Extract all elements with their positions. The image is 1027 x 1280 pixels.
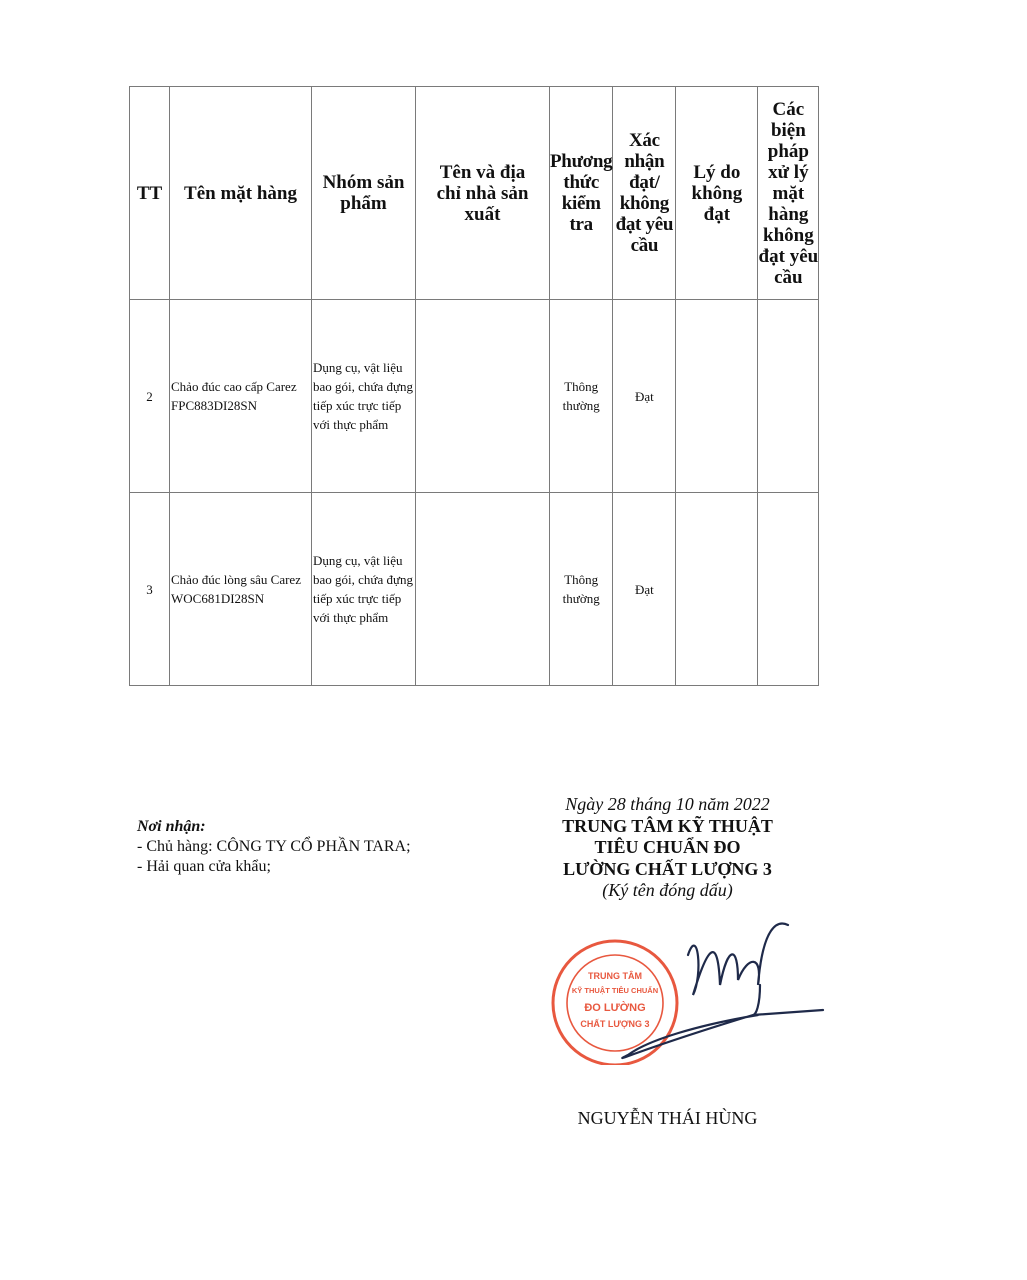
cell-result: Đạt xyxy=(613,493,676,686)
recipient-line: - Hải quan cửa khẩu; xyxy=(137,857,411,877)
inspection-results-table: TT Tên mặt hàng Nhóm sản phẩm Tên và địa… xyxy=(129,86,819,686)
cell-product-group: Dụng cụ, vật liệu bao gói, chứa đựng tiế… xyxy=(312,300,416,493)
cell-failure-reason xyxy=(676,300,758,493)
svg-text:KỸ THUẬT TIÊU CHUẨN: KỸ THUẬT TIÊU CHUẨN xyxy=(572,986,658,995)
header-item-name: Tên mặt hàng xyxy=(170,87,312,300)
header-tt: TT xyxy=(130,87,170,300)
org-name-line: LƯỜNG CHẤT LƯỢNG 3 xyxy=(520,859,815,881)
svg-text:CHẤT LƯỢNG 3: CHẤT LƯỢNG 3 xyxy=(580,1019,649,1029)
svg-text:ĐO LƯỜNG: ĐO LƯỜNG xyxy=(584,1001,645,1014)
org-name-line: TRUNG TÂM KỸ THUẬT xyxy=(520,816,815,838)
recipients-block: Nơi nhận: - Chủ hàng: CÔNG TY CỔ PHẦN TA… xyxy=(137,817,411,877)
cell-failure-reason xyxy=(676,493,758,686)
recipients-title: Nơi nhận: xyxy=(137,817,411,837)
cell-manufacturer xyxy=(416,300,550,493)
signature-date: Ngày 28 tháng 10 năm 2022 xyxy=(520,794,815,816)
cell-manufacturer xyxy=(416,493,550,686)
official-stamp-and-signature: TRUNG TÂM KỸ THUẬT TIÊU CHUẨN ĐO LƯỜNG C… xyxy=(548,915,828,1065)
header-measures: Các biện pháp xử lý mặt hàng không đạt y… xyxy=(758,87,819,300)
cell-measures xyxy=(758,493,819,686)
table-row: 2 Chảo đúc cao cấp Carez FPC883DI28SN Dụ… xyxy=(130,300,819,493)
cell-product-group: Dụng cụ, vật liệu bao gói, chứa đựng tiế… xyxy=(312,493,416,686)
header-inspection-method: Phương thức kiểm tra xyxy=(550,87,613,300)
cell-item-name: Chảo đúc cao cấp Carez FPC883DI28SN xyxy=(170,300,312,493)
cell-item-name: Chảo đúc lòng sâu Carez WOC681DI28SN xyxy=(170,493,312,686)
table-row: 3 Chảo đúc lòng sâu Carez WOC681DI28SN D… xyxy=(130,493,819,686)
signature-block: Ngày 28 tháng 10 năm 2022 TRUNG TÂM KỸ T… xyxy=(520,794,815,902)
signer-name: NGUYỄN THÁI HÙNG xyxy=(540,1108,795,1129)
cell-inspection-method: Thông thường xyxy=(550,300,613,493)
header-result: Xác nhận đạt/ không đạt yêu cầu xyxy=(613,87,676,300)
header-product-group: Nhóm sản phẩm xyxy=(312,87,416,300)
header-manufacturer: Tên và địa chỉ nhà sản xuất xyxy=(416,87,550,300)
header-failure-reason: Lý do không đạt xyxy=(676,87,758,300)
table-header-row: TT Tên mặt hàng Nhóm sản phẩm Tên và địa… xyxy=(130,87,819,300)
cell-measures xyxy=(758,300,819,493)
cell-tt: 3 xyxy=(130,493,170,686)
svg-text:TRUNG TÂM: TRUNG TÂM xyxy=(588,970,642,981)
recipient-line: - Chủ hàng: CÔNG TY CỔ PHẦN TARA; xyxy=(137,837,411,857)
signature-note: (Ký tên đóng dấu) xyxy=(520,880,815,902)
cell-inspection-method: Thông thường xyxy=(550,493,613,686)
org-name-line: TIÊU CHUẨN ĐO xyxy=(520,837,815,859)
cell-result: Đạt xyxy=(613,300,676,493)
cell-tt: 2 xyxy=(130,300,170,493)
